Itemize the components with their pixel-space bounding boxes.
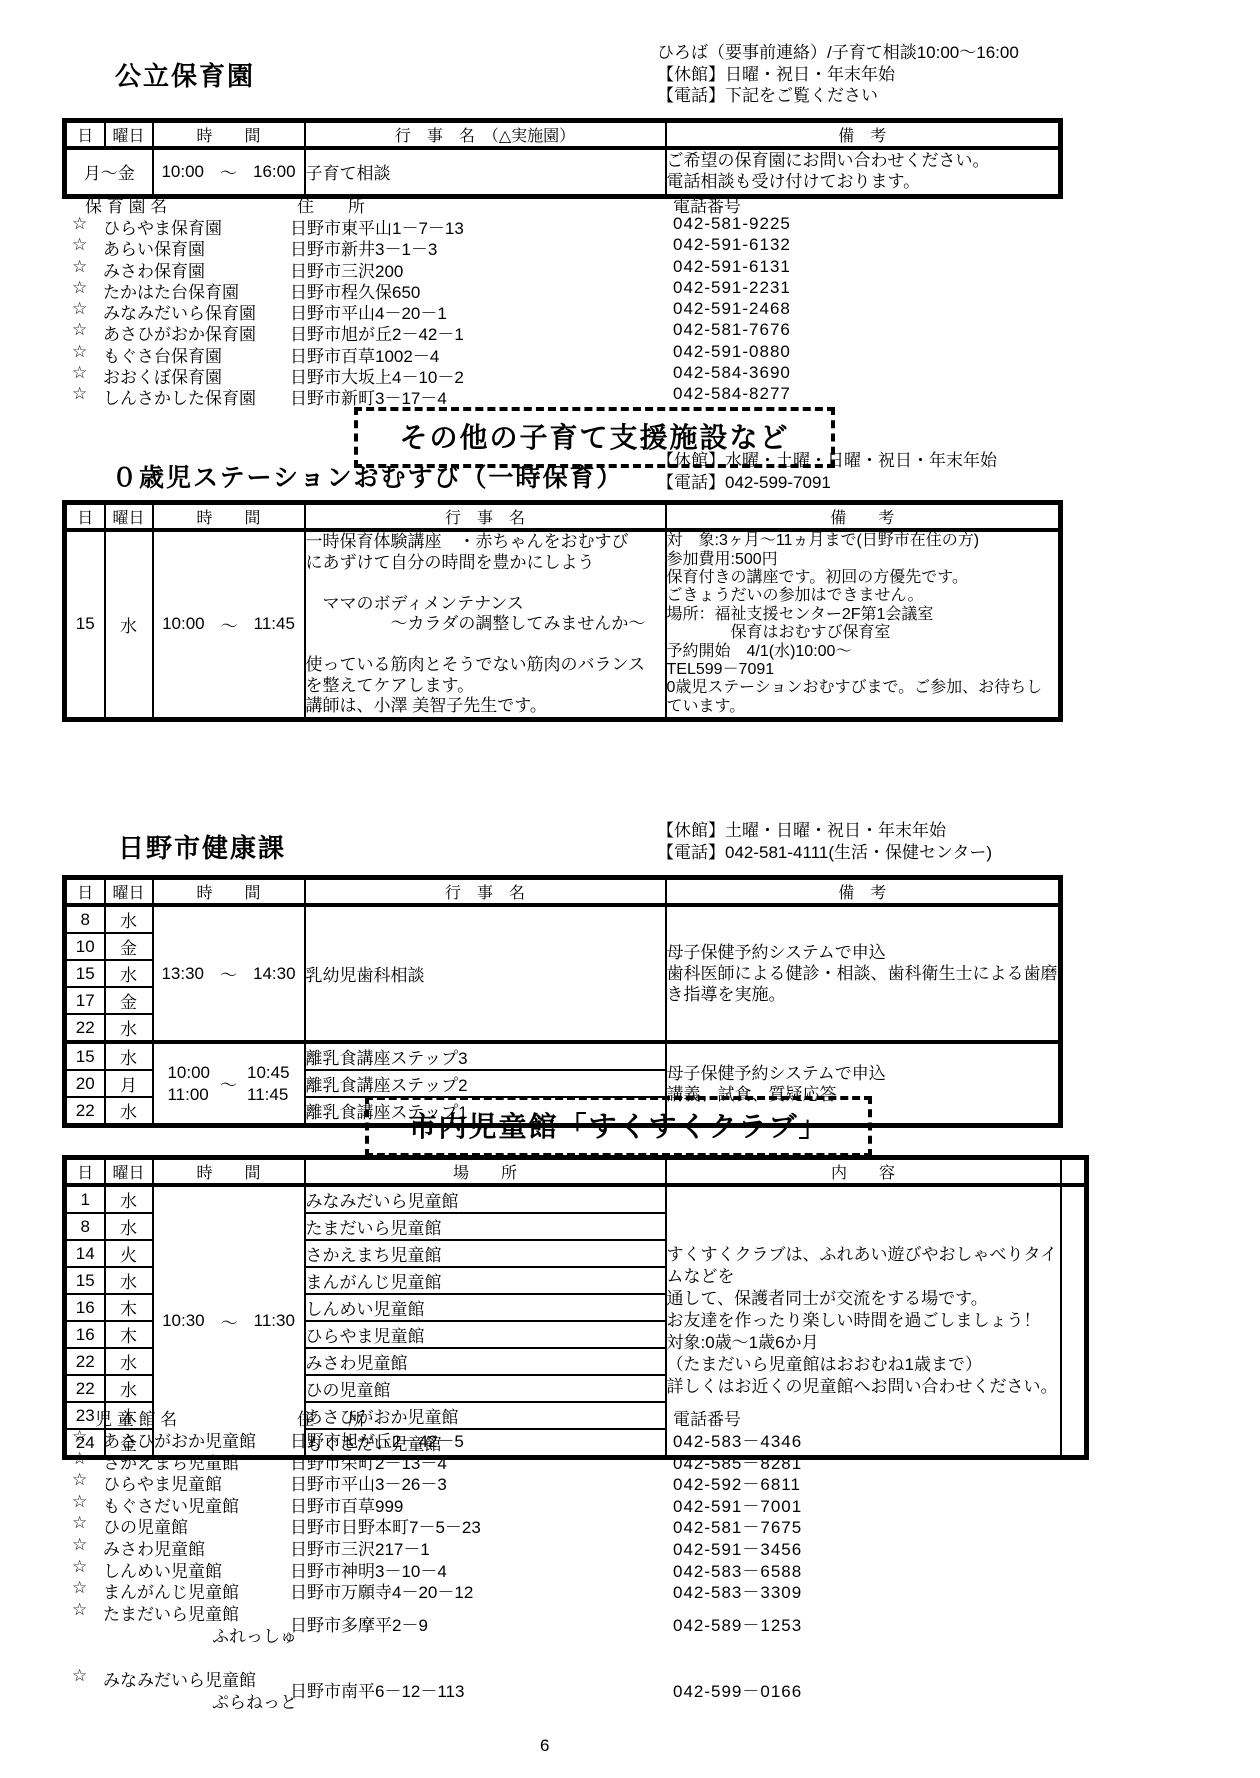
star-icon: ☆	[72, 1557, 87, 1577]
time-end: 16:00	[253, 162, 296, 182]
facility-address: 日野市新町3－17－4	[290, 384, 447, 409]
event-line	[306, 635, 665, 656]
place-cell: ひの児童館	[305, 1375, 666, 1402]
star-icon: ☆	[72, 1666, 87, 1686]
event-line: ～カラダの調整してみませんか～	[306, 614, 665, 635]
list-item: ☆まんがんじ児童館日野市万願寺4－20－12042-583－3309	[62, 1578, 922, 1600]
facility-phone: 042-591-2468	[673, 299, 791, 319]
day-cell: 17	[65, 987, 105, 1014]
weekday-cell: 水	[105, 530, 153, 719]
list-header: 児 童 館 名 住 所 電話番号	[62, 1405, 922, 1427]
weekday-cell: 金	[105, 987, 153, 1014]
star-icon: ☆	[72, 342, 87, 362]
newsletter-page: ひろば（要事前連絡）/子育て相談10:00～16:00 【休館】日曜・祝日・年末…	[0, 0, 1260, 1778]
col-header-time: 時 間	[153, 121, 305, 149]
place-cell: まんがんじ児童館	[305, 1267, 666, 1294]
weekday-cell: 水	[105, 1267, 153, 1294]
omusubi-info-block: 【休館】水曜・土曜・日曜・祝日・年末年始 【電話】042-599-7091	[657, 450, 997, 493]
facility-phone: 042-589－1253	[673, 1611, 802, 1636]
facility-address: 日野市多摩平2－9	[290, 1611, 428, 1636]
col-header-weekday: 曜日	[105, 878, 153, 906]
list-item: ☆もぐさ台保育園日野市百草1002－4042-591-0880	[62, 342, 922, 363]
remarks-line: ご希望の保育園にお問い合わせください。	[667, 151, 1059, 172]
day-cell: 15	[65, 530, 105, 719]
info-line: 【電話】042-581-4111(生活・保健センター)	[657, 842, 992, 864]
hoikuen-list: 保 育 園 名 住 所 電話番号 ☆ひらやま保育園日野市東平山1－7－13042…	[62, 192, 922, 406]
star-icon: ☆	[72, 1427, 87, 1447]
star-icon: ☆	[72, 1513, 87, 1533]
star-icon: ☆	[72, 363, 87, 383]
day-cell: 14	[65, 1240, 105, 1267]
col-header-weekday: 曜日	[105, 1158, 153, 1186]
info-line: 【休館】土曜・日曜・祝日・年末年始	[657, 820, 992, 842]
facility-phone: 042-581-9225	[673, 214, 791, 234]
remarks-line: 場所：福祉支援センター2F第1会議室	[667, 606, 1059, 624]
list-item: ☆おおくぼ保育園日野市大坂上4－10－2042-584-3690	[62, 363, 922, 384]
remarks-line: 歯科医師による健診・相談、歯科衛生士による歯磨き指導を実施。	[667, 963, 1059, 1005]
list-item: ☆みさわ保育園日野市三沢200042-591-6131	[62, 257, 922, 278]
list-item: ☆みなみだいら保育園日野市平山4－20－1042-591-2468	[62, 299, 922, 320]
facility-phone: 042-591-0880	[673, 342, 791, 362]
day-cell: 15	[65, 960, 105, 987]
weekday-cell: 水	[105, 905, 153, 933]
list-item: ☆あさひがおか児童館日野市旭が丘2－42－5042-583－4346	[62, 1427, 922, 1449]
col-header-time: 時 間	[153, 503, 305, 531]
weekday-cell: 木	[105, 1294, 153, 1321]
place-cell: みなみだいら児童館	[305, 1185, 666, 1213]
remarks-cell: ご希望の保育園にお問い合わせください。 電話相談も受け付けております。	[666, 148, 1061, 196]
col-header-remarks: 備 考	[666, 503, 1061, 531]
event-line: を整えてケアします。	[306, 676, 665, 697]
facility-subname: ふれっしゅ	[212, 1622, 297, 1647]
weekday-cell: 水	[105, 1185, 153, 1213]
spacer-cell	[1061, 1185, 1087, 1458]
day-cell: 15	[65, 1267, 105, 1294]
day-cell: 22	[65, 1375, 105, 1402]
facility-phone: 042-591-2231	[673, 278, 791, 298]
col-header-event: 行 事 名	[305, 878, 666, 906]
content-line: 通して、保護者同士が交流をする場です。	[667, 1288, 1060, 1310]
list-item: ☆たかはた台保育園日野市程久保650042-591-2231	[62, 278, 922, 299]
col-header-content: 内 容	[666, 1158, 1061, 1186]
time-cell: 10:00 11:00 ～ 10:45 11:45	[153, 1042, 305, 1126]
section-title-omusubi: ０歳児ステーションおむすび（一時保育）	[112, 458, 624, 494]
place-cell: しんめい児童館	[305, 1294, 666, 1321]
remarks-line: TEL599－7091	[667, 661, 1059, 679]
time-start: 10:30	[162, 1311, 205, 1331]
list-item: ☆あさひがおか保育園日野市旭が丘2－42－1042-581-7676	[62, 320, 922, 341]
weekday-cell: 水	[105, 1097, 153, 1126]
list-item: ☆ひらやま児童館日野市平山3－26－3042-592－6811	[62, 1470, 922, 1492]
star-icon: ☆	[72, 1600, 87, 1620]
remarks-line: 0歳児ステーションおむすびまで。ご参加、お待ちしています。	[667, 679, 1059, 716]
hoikuen-schedule-table: 日 曜日 時 間 行 事 名 （△実施園） 備 考 月～金 10:00 ～ 16…	[62, 118, 1063, 199]
tilde: ～	[221, 1309, 238, 1334]
jidokan-list: 児 童 館 名 住 所 電話番号 ☆あさひがおか児童館日野市旭が丘2－42－50…	[62, 1405, 922, 1710]
omusubi-schedule-table: 日 曜日 時 間 行 事 名 備 考 15 水 10:00 ～ 11:45 一時…	[62, 500, 1063, 722]
day-cell: 8	[65, 1213, 105, 1240]
star-icon: ☆	[72, 235, 87, 255]
col-header-time: 時 間	[153, 878, 305, 906]
list-item: ☆みさわ児童館日野市三沢217－1042-591－3456	[62, 1535, 922, 1557]
time-start: 11:00	[167, 1084, 210, 1106]
list-item: ☆ひらやま保育園日野市東平山1－7－13042-581-9225	[62, 214, 922, 235]
facility-phone: 042-599－0166	[673, 1677, 802, 1702]
col-header-day: 日	[65, 878, 105, 906]
remarks-line: 対 象:3ヶ月～11ヵ月まで(日野市在住の方)	[667, 532, 1059, 550]
star-icon: ☆	[72, 1449, 87, 1469]
content-line: すくすくクラブは、ふれあい遊びやおしゃべりタイムなどを	[667, 1244, 1060, 1288]
star-icon: ☆	[72, 1470, 87, 1490]
content-line: （たまだいら児童館はおおむね1歳まで）	[667, 1354, 1060, 1376]
event-line: にあずけて自分の時間を豊かにしよう	[306, 553, 665, 574]
list-item: ☆しんさかした保育園日野市新町3－17－4042-584-8277	[62, 384, 922, 405]
event-cell: 離乳食講座ステップ3	[305, 1042, 666, 1070]
place-cell: ひらやま児童館	[305, 1321, 666, 1348]
remarks-line: 電話相談も受け付けております。	[667, 172, 1059, 193]
list-item: ☆ みなみだいら児童館 ぷらねっと 日野市南平6－12－113 042-599－…	[62, 1666, 922, 1710]
facility-phone: 042-581-7676	[673, 320, 791, 340]
event-line: 一時保育体験講座 ・赤ちゃんをおむすび	[306, 532, 665, 553]
info-line: 【電話】下記をご覧ください	[657, 85, 1019, 107]
remarks-line: 母子保健予約システムで申込	[667, 1063, 1059, 1084]
facility-phone: 042-584-8277	[673, 384, 791, 404]
col-header-weekday: 曜日	[105, 121, 153, 149]
day-cell: 22	[65, 1014, 105, 1042]
star-icon: ☆	[72, 320, 87, 340]
event-line: 使っている筋肉とそうでない筋肉のバランス	[306, 655, 665, 676]
day-cell: 22	[65, 1348, 105, 1375]
remarks-line: 予約開始 4/1(水)10:00～	[667, 643, 1059, 661]
time-end: 14:30	[253, 964, 296, 984]
event-line: 講師は、小澤 美智子先生です。	[306, 696, 665, 717]
tilde: ～	[220, 159, 237, 184]
kenkouka-info-block: 【休館】土曜・日曜・祝日・年末年始 【電話】042-581-4111(生活・保健…	[657, 820, 992, 863]
weekday-cell: 火	[105, 1240, 153, 1267]
content-line: お友達を作ったり楽しい時間を過ごしましょう！	[667, 1310, 1060, 1332]
facility-address: 日野市南平6－12－113	[290, 1677, 464, 1702]
page-number: 6	[540, 1736, 549, 1756]
col-header-event: 行 事 名 （△実施園）	[305, 121, 666, 149]
facility-phone: 042-584-3690	[673, 363, 791, 383]
day-cell: 16	[65, 1321, 105, 1348]
weekday-cell: 水	[105, 1348, 153, 1375]
tilde: ～	[220, 961, 237, 986]
time-cell: 13:30 ～ 14:30	[153, 905, 305, 1042]
star-icon: ☆	[72, 214, 87, 234]
time-end: 11:30	[254, 1311, 295, 1331]
time-start: 10:00	[162, 614, 205, 634]
event-cell: 一時保育体験講座 ・赤ちゃんをおむすび にあずけて自分の時間を豊かにしよう ママ…	[305, 530, 666, 719]
kenkouka-schedule-table: 日 曜日 時 間 行 事 名 備 考 8 水 13:30 ～ 14:30 乳幼児…	[62, 875, 1063, 1128]
list-header: 保 育 園 名 住 所 電話番号	[62, 192, 922, 214]
banner-sukusuku-club: 市内児童館「すくすくクラブ」	[365, 1096, 872, 1157]
info-line: 【休館】日曜・祝日・年末年始	[657, 64, 1019, 86]
place-cell: みさわ児童館	[305, 1348, 666, 1375]
event-line	[306, 573, 665, 594]
star-icon: ☆	[72, 278, 87, 298]
tilde: ～	[221, 612, 238, 637]
weekday-cell: 金	[105, 933, 153, 960]
content-line: 対象:0歳～1歳6か月	[667, 1332, 1060, 1354]
col-header-day: 日	[65, 1158, 105, 1186]
remarks-line: 母子保健予約システムで申込	[667, 942, 1059, 963]
event-line: ママのボディメンテナンス	[306, 594, 665, 615]
event-cell: 乳幼児歯科相談	[305, 905, 666, 1042]
facility-phone: 042-591-6131	[673, 257, 791, 277]
info-line: 【休館】水曜・土曜・日曜・祝日・年末年始	[657, 450, 997, 472]
remarks-line: 参加費用:500円	[667, 551, 1059, 569]
day-cell: 16	[65, 1294, 105, 1321]
weekday-cell: 水	[105, 1014, 153, 1042]
event-cell: 離乳食講座ステップ2	[305, 1070, 666, 1097]
weekday-cell: 水	[105, 1042, 153, 1070]
time-start: 13:30	[161, 964, 204, 984]
list-item: ☆ たまだいら児童館 ふれっしゅ 日野市多摩平2－9 042-589－1253	[62, 1600, 922, 1666]
day-cell: 20	[65, 1070, 105, 1097]
info-line: 【電話】042-599-7091	[657, 472, 997, 494]
place-cell: たまだいら児童館	[305, 1213, 666, 1240]
weekday-cell: 水	[105, 960, 153, 987]
time-cell: 10:00 ～ 11:45	[153, 530, 305, 719]
remarks-line: 保育はおむすび保育室	[667, 624, 1059, 642]
remarks-line: ごきょうだいの参加はできません。	[667, 587, 1059, 605]
star-icon: ☆	[72, 384, 87, 404]
col-header-weekday: 曜日	[105, 503, 153, 531]
weekday-cell: 木	[105, 1321, 153, 1348]
day-cell: 15	[65, 1042, 105, 1070]
list-item: ☆ひの児童館日野市日野本町7－5－23042-581－7675	[62, 1513, 922, 1535]
remarks-cell: 対 象:3ヶ月～11ヵ月まで(日野市在住の方) 参加費用:500円 保育付きの講…	[666, 530, 1061, 719]
star-icon: ☆	[72, 299, 87, 319]
day-cell: 月～金	[65, 148, 153, 196]
time-end: 11:45	[247, 1084, 290, 1106]
col-header-place: 場 所	[305, 1158, 666, 1186]
remarks-cell: 母子保健予約システムで申込 歯科医師による健診・相談、歯科衛生士による歯磨き指導…	[666, 905, 1061, 1042]
list-item: ☆さかえまち児童館日野市栄町2－13－4042-585－8281	[62, 1449, 922, 1471]
day-cell: 10	[65, 933, 105, 960]
col-header-day: 日	[65, 121, 105, 149]
time-start: 10:00	[167, 1062, 210, 1084]
section-title-hoikuen: 公立保育園	[115, 56, 255, 93]
tilde: ～	[220, 1071, 237, 1096]
day-cell: 22	[65, 1097, 105, 1126]
section-title-kenkouka: 日野市健康課	[118, 828, 286, 865]
time-cell: 10:00 ～ 16:00	[153, 148, 305, 196]
star-icon: ☆	[72, 257, 87, 277]
star-icon: ☆	[72, 1492, 87, 1512]
col-header-time: 時 間	[153, 1158, 305, 1186]
weekday-cell: 水	[105, 1375, 153, 1402]
col-header-day: 日	[65, 503, 105, 531]
list-item: ☆しんめい児童館日野市神明3－10－4042-583－6588	[62, 1557, 922, 1579]
list-item: ☆あらい保育園日野市新井3－1－3042-591-6132	[62, 235, 922, 256]
col-header-remarks: 備 考	[666, 121, 1061, 149]
hoikuen-info-block: ひろば（要事前連絡）/子育て相談10:00～16:00 【休館】日曜・祝日・年末…	[657, 42, 1019, 107]
facility-name: しんさかした保育園	[103, 384, 256, 409]
col-header-spacer	[1061, 1158, 1087, 1186]
weekday-cell: 月	[105, 1070, 153, 1097]
remarks-line: 保育付きの講座です。初回の方優先です。	[667, 569, 1059, 587]
weekday-cell: 水	[105, 1213, 153, 1240]
content-line: 詳しくはお近くの児童館へお問い合わせください。	[667, 1376, 1060, 1398]
time-end: 10:45	[247, 1062, 290, 1084]
place-cell: さかえまち児童館	[305, 1240, 666, 1267]
day-cell: 1	[65, 1185, 105, 1213]
facility-phone: 042-591-6132	[673, 235, 791, 255]
event-cell: 子育て相談	[305, 148, 666, 196]
col-header-remarks: 備 考	[666, 878, 1061, 906]
facility-subname: ぷらねっと	[212, 1688, 297, 1713]
star-icon: ☆	[72, 1535, 87, 1555]
time-end: 11:45	[254, 614, 295, 634]
col-header-event: 行 事 名	[305, 503, 666, 531]
star-icon: ☆	[72, 1578, 87, 1598]
info-line: ひろば（要事前連絡）/子育て相談10:00～16:00	[657, 42, 1019, 64]
time-start: 10:00	[161, 162, 204, 182]
day-cell: 8	[65, 905, 105, 933]
list-item: ☆もぐさだい児童館日野市百草999042-591－7001	[62, 1492, 922, 1514]
